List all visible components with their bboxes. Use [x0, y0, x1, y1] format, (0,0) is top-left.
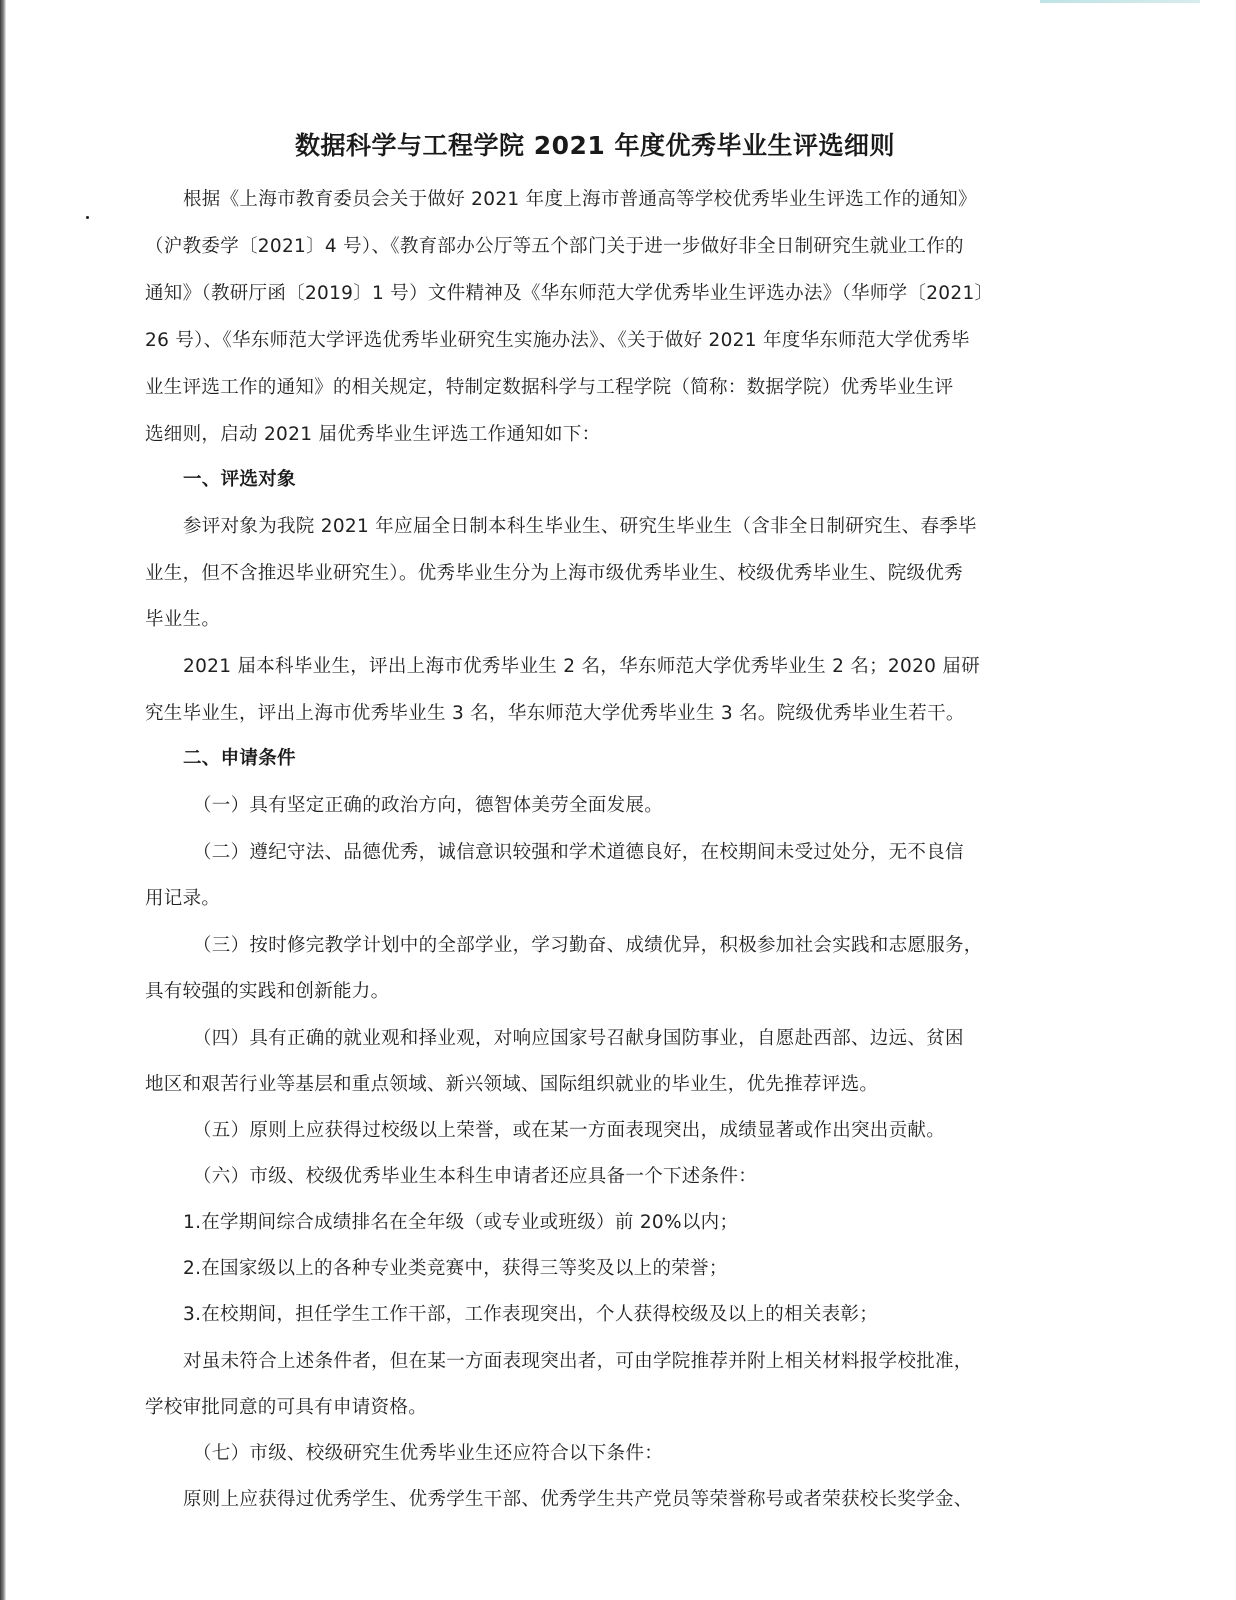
condition-item-5: （五）原则上应获得过校级以上荣誉，或在某一方面表现突出，成绩显著或作出突出贡献。	[193, 1116, 945, 1142]
scan-speck	[86, 216, 89, 219]
section1-para2-line-2: 究生毕业生，评出上海市优秀毕业生 3 名，华东师范大学优秀毕业生 3 名。院级优…	[145, 699, 965, 725]
section1-para1-line-3: 毕业生。	[145, 605, 220, 631]
condition-item-6-intro: （六）市级、校级优秀毕业生本科生申请者还应具备一个下述条件：	[193, 1162, 757, 1188]
section-heading-2: 二、申请条件	[183, 744, 296, 770]
scan-edge-shadow	[0, 0, 6, 1600]
exception-line-1: 对虽未符合上述条件者，但在某一方面表现突出者，可由学院推荐并附上相关材料报学校批…	[183, 1347, 973, 1373]
section1-para1-line-1: 参评对象为我院 2021 年应届全日制本科生毕业生、研究生毕业生（含非全日制研究…	[183, 512, 977, 538]
document-title: 数据科学与工程学院 2021 年度优秀毕业生评选细则	[145, 126, 1045, 162]
undergrad-condition-3: 3.在校期间，担任学生工作干部，工作表现突出，个人获得校级及以上的相关表彰；	[183, 1300, 878, 1326]
condition-item-4-line-1: （四）具有正确的就业观和择业观，对响应国家号召献身国防事业，自愿赴西部、边远、贫…	[193, 1024, 964, 1050]
condition-item-3-line-1: （三）按时修完教学计划中的全部学业，学习勤奋、成绩优异，积极参加社会实践和志愿服…	[193, 931, 983, 957]
intro-line-5: 业生评选工作的通知》的相关规定，特制定数据科学与工程学院（简称：数据学院）优秀毕…	[145, 373, 953, 399]
scan-edge-top	[1040, 0, 1200, 3]
section1-para2-line-1: 2021 届本科毕业生，评出上海市优秀毕业生 2 名，华东师范大学优秀毕业生 2…	[183, 652, 980, 678]
graduate-condition-line-1: 原则上应获得过优秀学生、优秀学生干部、优秀学生共产党员等荣誉称号或者荣获校长奖学…	[183, 1485, 973, 1511]
section1-para1-line-2: 业生，但不含推迟毕业研究生）。优秀毕业生分为上海市级优秀毕业生、校级优秀毕业生、…	[145, 559, 963, 585]
intro-line-3: 通知》（教研厅函〔2019〕1 号）文件精神及《华东师范大学优秀毕业生评选办法》…	[145, 279, 993, 305]
exception-line-2: 学校审批同意的可具有申请资格。	[145, 1393, 427, 1419]
intro-line-6: 选细则，启动 2021 届优秀毕业生评选工作通知如下：	[145, 420, 600, 446]
undergrad-condition-2: 2.在国家级以上的各种专业类竞赛中，获得三等奖及以上的荣誉；	[183, 1254, 728, 1280]
section-heading-1: 一、评选对象	[183, 465, 296, 491]
condition-item-3-line-2: 具有较强的实践和创新能力。	[145, 977, 389, 1003]
condition-item-7-intro: （七）市级、校级研究生优秀毕业生还应符合以下条件：	[193, 1439, 663, 1465]
undergrad-condition-1: 1.在学期间综合成绩排名在全年级（或专业或班级）前 20%以内；	[183, 1208, 738, 1234]
condition-item-2-line-1: （二）遵纪守法、品德优秀，诚信意识较强和学术道德良好，在校期间未受过处分，无不良…	[193, 838, 964, 864]
condition-item-1: （一）具有坚定正确的政治方向，德智体美劳全面发展。	[193, 791, 663, 817]
intro-line-1: 根据《上海市教育委员会关于做好 2021 年度上海市普通高等学校优秀毕业生评选工…	[183, 185, 977, 211]
condition-item-2-line-2: 用记录。	[145, 884, 220, 910]
intro-line-2: （沪教委学〔2021〕4 号）、《教育部办公厅等五个部门关于进一步做好非全日制研…	[145, 232, 964, 258]
condition-item-4-line-2: 地区和艰苦行业等基层和重点领域、新兴领域、国际组织就业的毕业生，优先推荐评选。	[145, 1070, 878, 1096]
intro-line-4: 26 号）、《华东师范大学评选优秀毕业研究生实施办法》、《关于做好 2021 年…	[145, 326, 970, 352]
